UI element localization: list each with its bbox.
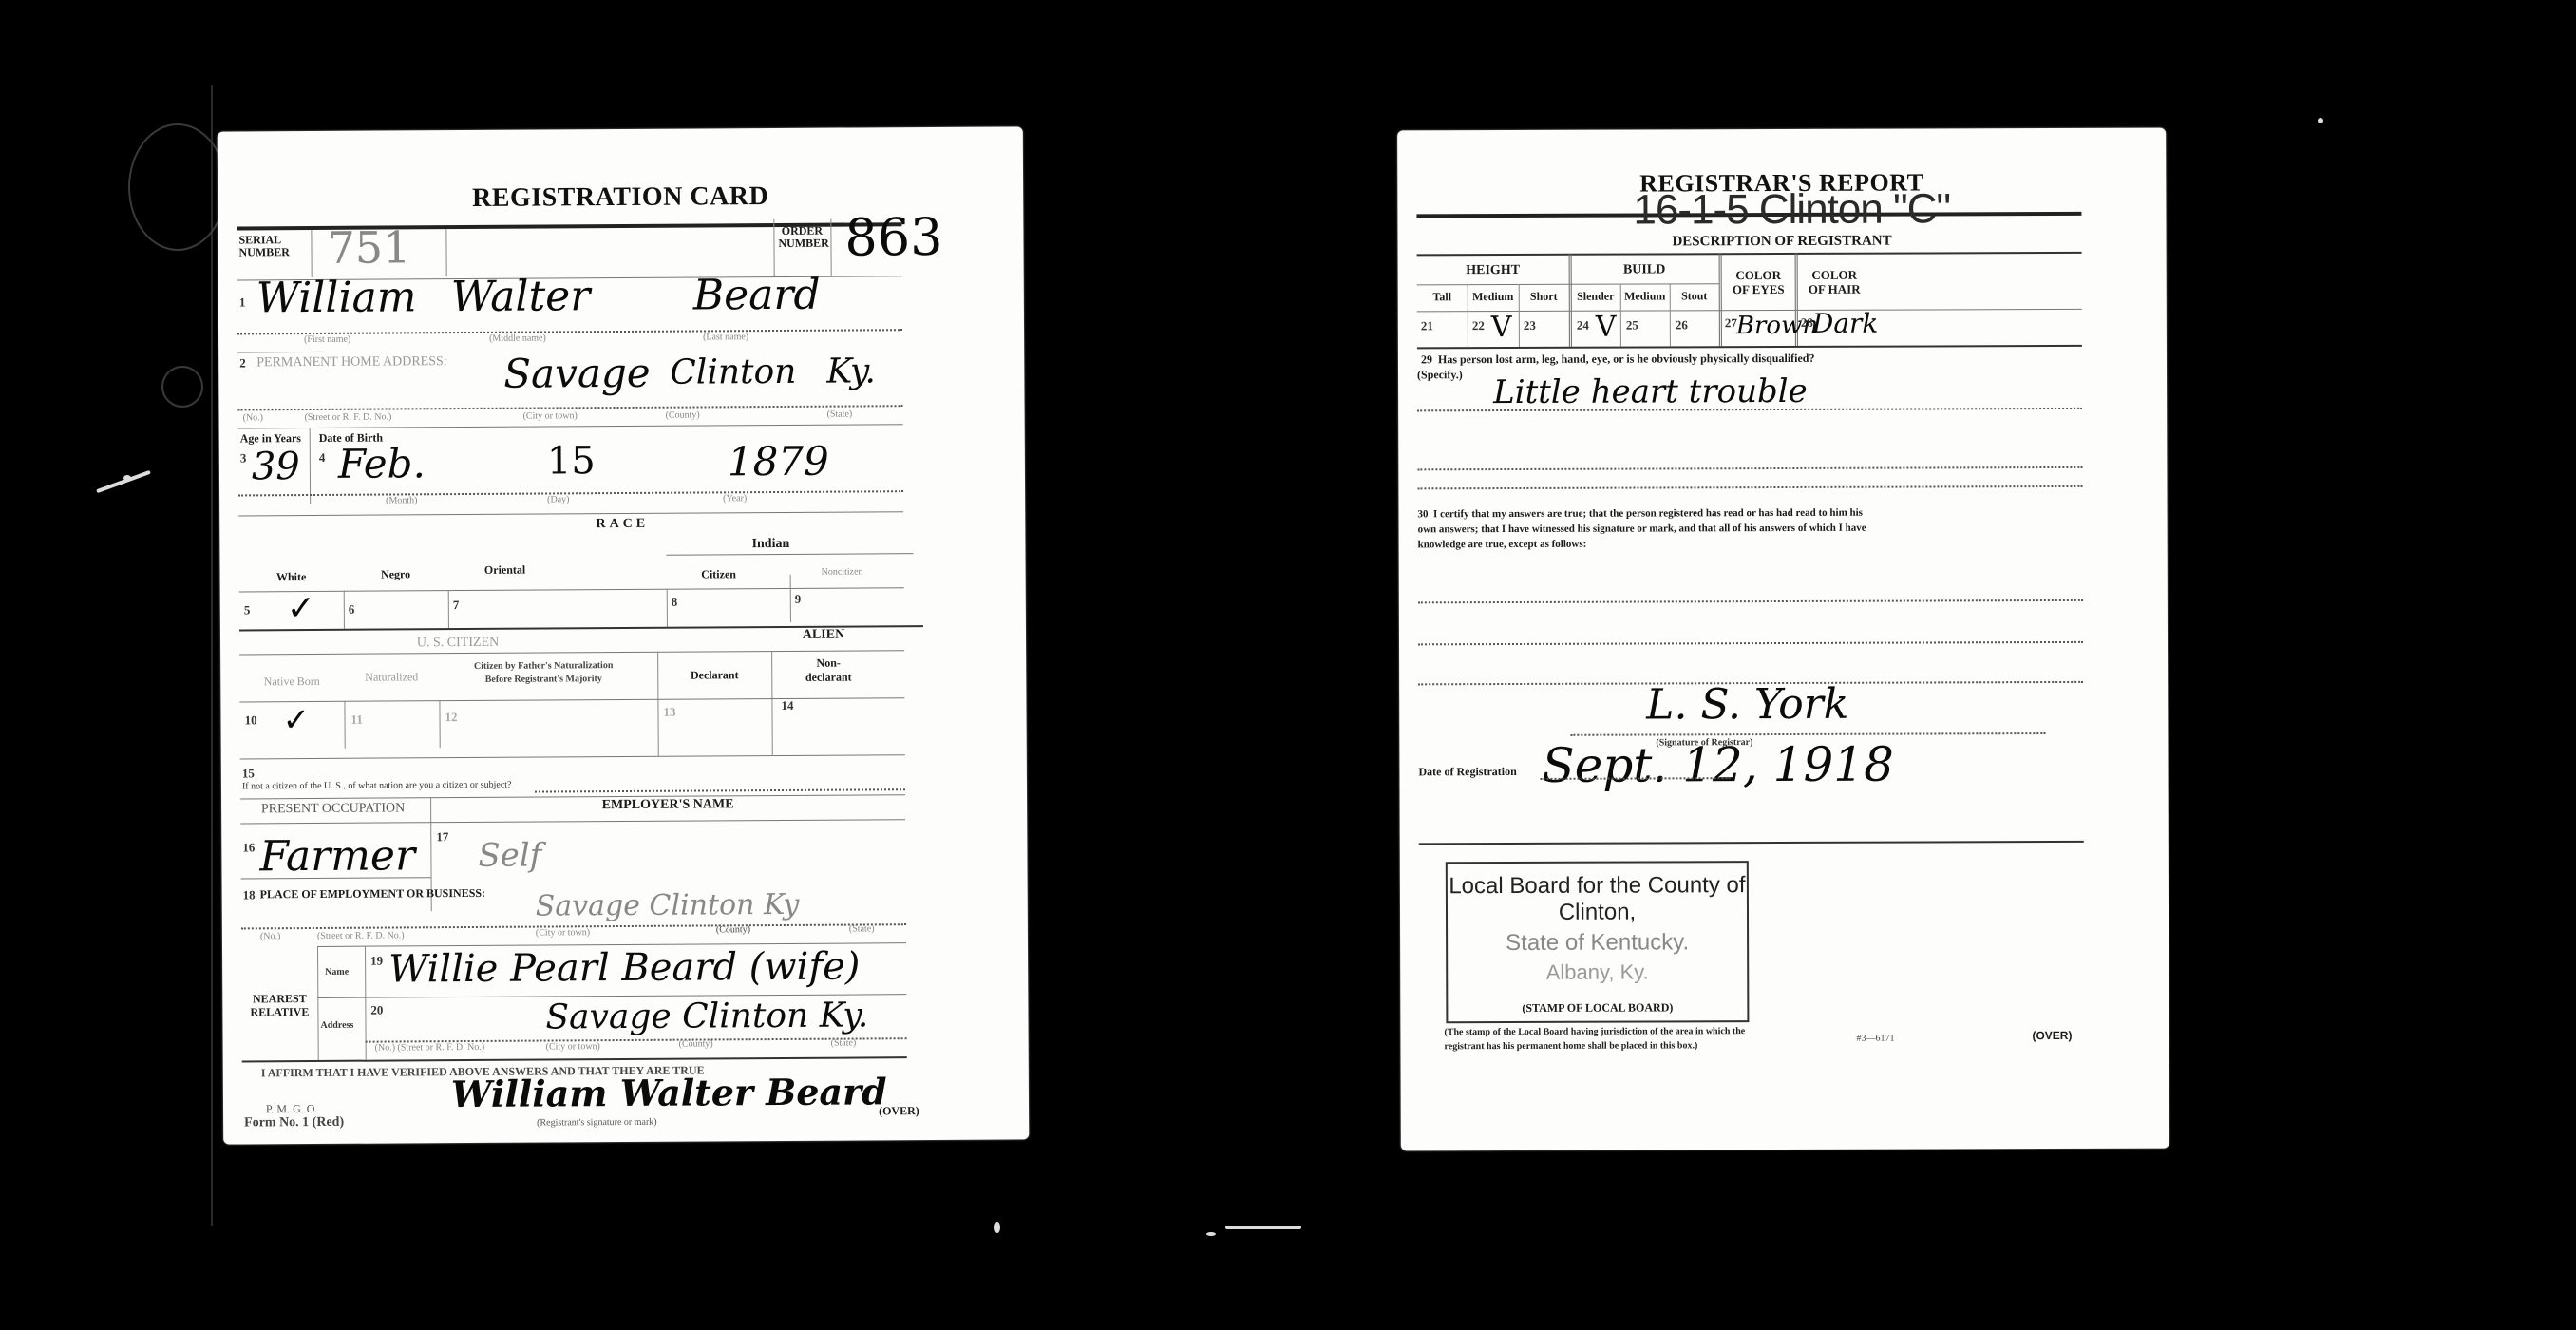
caption: (Registrant's signature or mark) bbox=[537, 1117, 657, 1129]
specify-label: (Specify.) bbox=[1417, 368, 1463, 382]
form-id-line1: P. M. G. O. bbox=[266, 1102, 317, 1116]
last-name-value: Beard bbox=[693, 271, 821, 320]
caption: (State) bbox=[849, 923, 875, 934]
home-address-label: PERMANENT HOME ADDRESS: bbox=[256, 354, 447, 370]
divider bbox=[1417, 466, 2082, 470]
caption: (City or town) bbox=[546, 1041, 600, 1052]
registrars-report-card: REGISTRAR'S REPORT 16-1-5 Clinton "C" DE… bbox=[1397, 128, 2169, 1151]
field-number: 10 bbox=[244, 712, 256, 728]
citizen-col-label: Citizen by Father's Naturalization Befor… bbox=[439, 659, 648, 687]
relative-address-value: Savage Clinton Ky. bbox=[545, 996, 868, 1036]
field-number: 19 bbox=[370, 954, 383, 969]
field-number: 12 bbox=[445, 710, 457, 725]
stamp-line-3: Albany, Ky. bbox=[1448, 959, 1747, 985]
divider bbox=[344, 701, 345, 749]
middle-name-value: Walter bbox=[451, 272, 591, 321]
build-heading: BUILD bbox=[1571, 262, 1718, 278]
indian-heading: Indian bbox=[713, 537, 827, 553]
dust-speck bbox=[994, 1222, 1000, 1233]
disability-question: 29 Has person lost arm, leg, hand, eye, … bbox=[1421, 351, 2086, 367]
build-col-label: Slender bbox=[1571, 290, 1620, 304]
question-text: Has person lost arm, leg, hand, eye, or … bbox=[1438, 351, 1815, 366]
build-col-label: Stout bbox=[1670, 289, 1719, 303]
field-number: 1 bbox=[239, 294, 246, 310]
over-label: (OVER) bbox=[879, 1104, 919, 1118]
divider bbox=[1417, 283, 1719, 285]
divider bbox=[667, 589, 668, 627]
divider bbox=[1419, 841, 2084, 845]
divider bbox=[448, 590, 449, 628]
caption: (Last name) bbox=[703, 332, 748, 342]
over-label: (OVER) bbox=[2032, 1029, 2072, 1042]
divider bbox=[657, 652, 659, 756]
divider bbox=[445, 229, 446, 276]
home-city-value: Savage bbox=[503, 350, 651, 397]
citizen-col-label: Declarant bbox=[657, 668, 771, 683]
race-col-label: White bbox=[239, 570, 344, 585]
divider bbox=[237, 351, 323, 353]
serial-number-label: SERIAL NUMBER bbox=[238, 234, 290, 258]
race-col-label: Citizen bbox=[667, 567, 771, 582]
caption: (No.) bbox=[243, 412, 263, 423]
divider bbox=[240, 754, 905, 759]
stamp-caption: (STAMP OF LOCAL BOARD) bbox=[1448, 1000, 1747, 1016]
occupation-value: Farmer bbox=[259, 831, 415, 881]
race-white-check: ✓ bbox=[287, 589, 315, 628]
divider bbox=[311, 230, 312, 277]
place-of-employment-value: Savage Clinton Ky bbox=[536, 888, 800, 923]
divider bbox=[1417, 252, 2082, 256]
caption: (Year) bbox=[723, 493, 747, 503]
height-col-label: Short bbox=[1519, 290, 1569, 304]
nation-question: If not a citizen of the U. S., of what n… bbox=[242, 780, 512, 792]
field-number: 8 bbox=[672, 595, 678, 610]
stamp-line-2: State of Kentucky. bbox=[1448, 929, 1747, 957]
divider bbox=[1418, 599, 2083, 603]
caption: (County) bbox=[666, 410, 700, 421]
home-state-value: Ky. bbox=[826, 351, 876, 390]
field-number: 13 bbox=[663, 705, 675, 720]
citizen-col-label: Non- declarant bbox=[771, 655, 885, 685]
label-line: OF HAIR bbox=[1799, 282, 1870, 296]
citizen-col-label: Native Born bbox=[239, 674, 344, 690]
us-citizen-heading: U. S. CITIZEN bbox=[239, 635, 676, 653]
height-heading: HEIGHT bbox=[1417, 263, 1569, 279]
race-heading: RACE bbox=[219, 514, 1025, 534]
birth-day-value: 15 bbox=[547, 439, 596, 483]
disability-answer: Little heart trouble bbox=[1493, 372, 1808, 411]
divider bbox=[790, 575, 791, 622]
divider bbox=[1417, 485, 2082, 489]
label-line: COLOR bbox=[1723, 268, 1794, 282]
caption: (State) bbox=[827, 409, 853, 420]
divider bbox=[666, 553, 913, 556]
field-number: 3 bbox=[240, 450, 247, 465]
label-line: OF EYES bbox=[1723, 282, 1794, 296]
birth-month-value: Feb. bbox=[338, 440, 426, 487]
label-line: declarant bbox=[771, 670, 885, 685]
date-of-registration-value: Sept. 12, 1918 bbox=[1542, 737, 1894, 793]
field-number: 14 bbox=[781, 698, 793, 713]
hair-color-heading: COLOR OF HAIR bbox=[1799, 268, 1870, 296]
divider bbox=[830, 219, 831, 276]
divider bbox=[238, 490, 903, 496]
field-number: 23 bbox=[1524, 318, 1536, 333]
race-col-label: Negro bbox=[344, 567, 448, 582]
label-line: COLOR bbox=[1799, 268, 1870, 282]
divider bbox=[1719, 253, 1722, 346]
film-edge-strip bbox=[104, 85, 213, 1225]
home-county-value: Clinton bbox=[670, 352, 796, 392]
divider bbox=[1570, 732, 2045, 736]
form-id-line2: Form No. 1 (Red) bbox=[244, 1115, 344, 1131]
print-code: #3—6171 bbox=[1856, 1034, 1894, 1044]
citizen-col-label: Naturalized bbox=[344, 670, 439, 685]
field-number: 17 bbox=[436, 829, 448, 845]
height-col-label: Tall bbox=[1417, 290, 1468, 304]
field-number: 24 bbox=[1577, 318, 1589, 333]
field-number: 15 bbox=[242, 766, 255, 781]
caption: (City or town) bbox=[523, 410, 578, 421]
dust-speck bbox=[1225, 1225, 1301, 1229]
divider bbox=[773, 219, 774, 276]
field-number: 2 bbox=[239, 355, 246, 370]
description-subtitle: DESCRIPTION OF REGISTRANT bbox=[1398, 233, 2167, 252]
nearest-relative-label: NEAREST RELATIVE bbox=[241, 992, 317, 1018]
divider bbox=[439, 700, 440, 748]
field-number: 20 bbox=[370, 1003, 383, 1018]
first-name-value: William bbox=[256, 273, 417, 322]
caption: (No.) bbox=[260, 931, 280, 941]
alien-heading: ALIEN bbox=[752, 627, 895, 643]
label-line: NEAREST bbox=[241, 992, 317, 1005]
stamp-note: (The stamp of the Local Board having jur… bbox=[1444, 1024, 1757, 1054]
field-number: 7 bbox=[453, 598, 460, 613]
race-col-label: Oriental bbox=[448, 562, 562, 578]
field-number: 25 bbox=[1626, 318, 1638, 333]
caption: (County) bbox=[679, 1038, 713, 1049]
height-medium-check: V bbox=[1491, 311, 1512, 344]
field-number: 26 bbox=[1676, 317, 1688, 332]
hair-color-value: Dark bbox=[1812, 308, 1879, 339]
local-board-stamp-box: Local Board for the County of Clinton, S… bbox=[1446, 861, 1750, 1023]
divider bbox=[535, 788, 905, 792]
caption: (City or town) bbox=[536, 927, 590, 938]
caption: (No.) (Street or R. F. D. No.) bbox=[375, 1042, 485, 1054]
caption: (First name) bbox=[304, 334, 350, 345]
employer-value: Self bbox=[478, 837, 541, 875]
film-hole-mark bbox=[161, 366, 203, 408]
field-number: 22 bbox=[1472, 318, 1485, 333]
place-of-employment-label: PLACE OF EMPLOYMENT OR BUSINESS: bbox=[260, 886, 485, 902]
occupation-label: PRESENT OCCUPATION bbox=[240, 801, 426, 817]
divider bbox=[310, 427, 311, 503]
serial-number-value: 751 bbox=[327, 221, 410, 274]
order-label-line2: NUMBER bbox=[778, 237, 825, 250]
build-slender-check: V bbox=[1596, 311, 1617, 344]
caption: (Street or R. F. D. No.) bbox=[317, 930, 405, 941]
dust-speck bbox=[123, 475, 131, 481]
label-line: RELATIVE bbox=[241, 1005, 317, 1018]
divider bbox=[1418, 641, 2083, 645]
divider bbox=[238, 424, 903, 428]
relative-address-label: Address bbox=[320, 1020, 353, 1031]
label-line: Non- bbox=[771, 655, 885, 671]
registration-card: REGISTRATION CARD SERIAL NUMBER 751 ORDE… bbox=[218, 126, 1029, 1144]
caption: (County) bbox=[716, 924, 750, 935]
field-number: 29 bbox=[1421, 352, 1432, 366]
employer-label: EMPLOYER'S NAME bbox=[430, 796, 905, 814]
registrar-signature: L. S. York bbox=[1646, 680, 1848, 730]
field-number: 18 bbox=[243, 887, 256, 902]
age-value: 39 bbox=[252, 445, 300, 488]
field-number: 21 bbox=[1421, 318, 1433, 333]
divider bbox=[242, 1056, 907, 1062]
build-col-label: Medium bbox=[1620, 289, 1670, 303]
field-number: 30 bbox=[1418, 508, 1429, 520]
label-line: Citizen by Father's Naturalization bbox=[439, 659, 648, 674]
caption: (Middle name) bbox=[489, 332, 546, 343]
caption: (Month) bbox=[386, 495, 417, 505]
date-of-registration-label: Date of Registration bbox=[1418, 765, 1516, 779]
relative-name-label: Name bbox=[325, 967, 349, 978]
order-number-value: 863 bbox=[844, 207, 942, 268]
divider bbox=[240, 819, 905, 824]
label-line: Before Registrant's Majority bbox=[439, 673, 648, 687]
relative-name-value: Willie Pearl Beard (wife) bbox=[388, 944, 861, 991]
eye-color-heading: COLOR OF EYES bbox=[1723, 268, 1794, 296]
order-number-label: ORDER NUMBER bbox=[778, 225, 825, 250]
race-col-label: Noncitizen bbox=[790, 566, 895, 578]
field-number: 6 bbox=[349, 602, 355, 617]
divider bbox=[1417, 345, 2082, 349]
certification-text: 30 I certify that my answers are true; t… bbox=[1418, 505, 1884, 553]
field-number: 16 bbox=[242, 840, 255, 855]
divider bbox=[239, 697, 904, 702]
field-number: 11 bbox=[350, 712, 362, 728]
field-number: 9 bbox=[795, 592, 802, 607]
serial-label-line2: NUMBER bbox=[238, 246, 289, 258]
caption: (State) bbox=[831, 1038, 857, 1049]
dust-speck bbox=[2318, 118, 2323, 123]
caption: (Day) bbox=[547, 494, 569, 504]
field-number: 5 bbox=[244, 602, 251, 617]
native-born-check: ✓ bbox=[282, 701, 310, 739]
stamp-line-1: Local Board for the County of Clinton, bbox=[1448, 872, 1747, 926]
dust-speck bbox=[1206, 1232, 1216, 1236]
file-stamp-overlay: 16-1-5 Clinton "C" bbox=[1633, 185, 1950, 234]
certification-body: I certify that my answers are true; that… bbox=[1418, 507, 1866, 551]
caption: (Street or R. F. D. No.) bbox=[305, 411, 392, 423]
birth-year-value: 1879 bbox=[728, 438, 829, 485]
film-ring-mark bbox=[128, 123, 227, 251]
divider bbox=[344, 591, 345, 629]
divider bbox=[239, 587, 904, 592]
registrant-signature: William Walter Beard bbox=[451, 1070, 887, 1115]
field-number: 4 bbox=[319, 450, 326, 465]
height-col-label: Medium bbox=[1468, 290, 1519, 304]
